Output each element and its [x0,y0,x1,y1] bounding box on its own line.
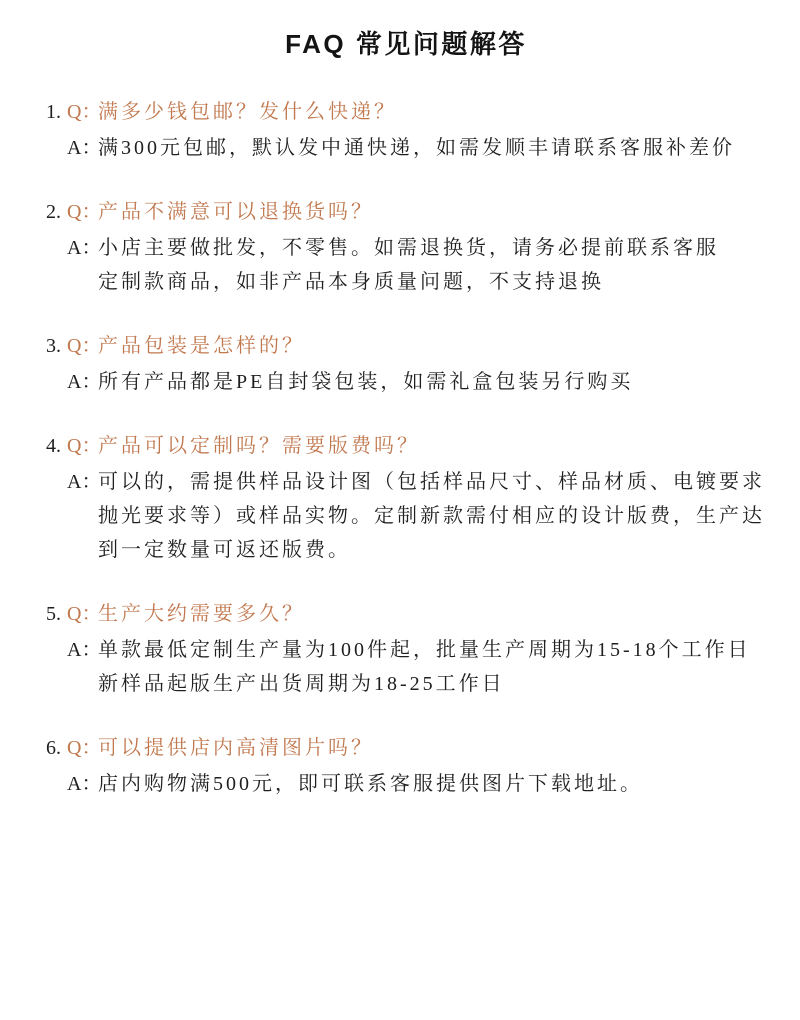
question-text: 产品包装是怎样的？ [98,329,305,363]
answer-block: A： 可以的，需提供样品设计图（包括样品尺寸、样品材质、电镀要求 抛光要求等）或… [46,465,766,567]
question-line: 1. Q： 满多少钱包邮？发什么快递？ [46,95,766,129]
answer-block: A： 单款最低定制生产量为100件起，批量生产周期为15-18个工作日 新样品起… [46,633,766,701]
question-text: 产品可以定制吗？需要版费吗？ [98,429,420,463]
page-title: FAQ 常见问题解答 [46,26,766,62]
answer-label: A： [67,465,98,499]
question-number: 6. [46,731,67,765]
question-number: 4. [46,429,67,463]
question-label: Q： [67,429,98,463]
answer-line: 可以的，需提供样品设计图（包括样品尺寸、样品材质、电镀要求 [98,465,765,499]
answer-line: 抛光要求等）或样品实物。定制新款需付相应的设计版费，生产达 [98,499,765,533]
answer-text: 小店主要做批发，不零售。如需退换货，请务必提前联系客服 定制款商品，如非产品本身… [98,231,719,299]
answer-block: A： 店内购物满500元，即可联系客服提供图片下载地址。 [46,767,766,801]
answer-text: 店内购物满500元，即可联系客服提供图片下载地址。 [98,767,643,801]
question-text: 产品不满意可以退换货吗？ [98,195,374,229]
answer-line: 定制款商品，如非产品本身质量问题，不支持退换 [98,265,719,299]
answer-line: 单款最低定制生产量为100件起，批量生产周期为15-18个工作日 [98,633,751,667]
question-text: 生产大约需要多久？ [98,597,305,631]
answer-label: A： [67,365,98,399]
answer-label: A： [67,633,98,667]
question-number: 3. [46,329,67,363]
question-line: 6. Q： 可以提供店内高清图片吗？ [46,731,766,765]
question-label: Q： [67,95,98,129]
answer-text: 可以的，需提供样品设计图（包括样品尺寸、样品材质、电镀要求 抛光要求等）或样品实… [98,465,765,567]
answer-line: 满300元包邮，默认发中通快递，如需发顺丰请联系客服补差价 [98,131,735,165]
answer-block: A： 满300元包邮，默认发中通快递，如需发顺丰请联系客服补差价 [46,131,766,165]
question-number: 1. [46,95,67,129]
answer-line: 所有产品都是PE自封袋包装，如需礼盒包装另行购买 [98,365,633,399]
question-text: 可以提供店内高清图片吗？ [98,731,374,765]
answer-block: A： 小店主要做批发，不零售。如需退换货，请务必提前联系客服 定制款商品，如非产… [46,231,766,299]
answer-text: 单款最低定制生产量为100件起，批量生产周期为15-18个工作日 新样品起版生产… [98,633,751,701]
answer-text: 满300元包邮，默认发中通快递，如需发顺丰请联系客服补差价 [98,131,735,165]
answer-label: A： [67,231,98,265]
question-line: 2. Q： 产品不满意可以退换货吗？ [46,195,766,229]
question-text: 满多少钱包邮？发什么快递？ [98,95,397,129]
faq-item-5: 5. Q： 生产大约需要多久？ A： 单款最低定制生产量为100件起，批量生产周… [46,597,766,701]
answer-line: 到一定数量可返还版费。 [98,533,765,567]
faq-list: 1. Q： 满多少钱包邮？发什么快递？ A： 满300元包邮，默认发中通快递，如… [46,95,766,801]
question-label: Q： [67,597,98,631]
question-line: 3. Q： 产品包装是怎样的？ [46,329,766,363]
question-line: 5. Q： 生产大约需要多久？ [46,597,766,631]
question-number: 5. [46,597,67,631]
answer-label: A： [67,131,98,165]
faq-item-2: 2. Q： 产品不满意可以退换货吗？ A： 小店主要做批发，不零售。如需退换货，… [46,195,766,299]
question-line: 4. Q： 产品可以定制吗？需要版费吗？ [46,429,766,463]
faq-page: FAQ 常见问题解答 1. Q： 满多少钱包邮？发什么快递？ A： 满300元包… [0,0,800,1020]
answer-line: 店内购物满500元，即可联系客服提供图片下载地址。 [98,767,643,801]
answer-line: 小店主要做批发，不零售。如需退换货，请务必提前联系客服 [98,231,719,265]
question-label: Q： [67,195,98,229]
faq-item-1: 1. Q： 满多少钱包邮？发什么快递？ A： 满300元包邮，默认发中通快递，如… [46,95,766,165]
answer-block: A： 所有产品都是PE自封袋包装，如需礼盒包装另行购买 [46,365,766,399]
question-label: Q： [67,731,98,765]
answer-text: 所有产品都是PE自封袋包装，如需礼盒包装另行购买 [98,365,633,399]
faq-item-4: 4. Q： 产品可以定制吗？需要版费吗？ A： 可以的，需提供样品设计图（包括样… [46,429,766,567]
question-number: 2. [46,195,67,229]
faq-item-3: 3. Q： 产品包装是怎样的？ A： 所有产品都是PE自封袋包装，如需礼盒包装另… [46,329,766,399]
answer-label: A： [67,767,98,801]
question-label: Q： [67,329,98,363]
answer-line: 新样品起版生产出货周期为18-25工作日 [98,667,751,701]
faq-item-6: 6. Q： 可以提供店内高清图片吗？ A： 店内购物满500元，即可联系客服提供… [46,731,766,801]
